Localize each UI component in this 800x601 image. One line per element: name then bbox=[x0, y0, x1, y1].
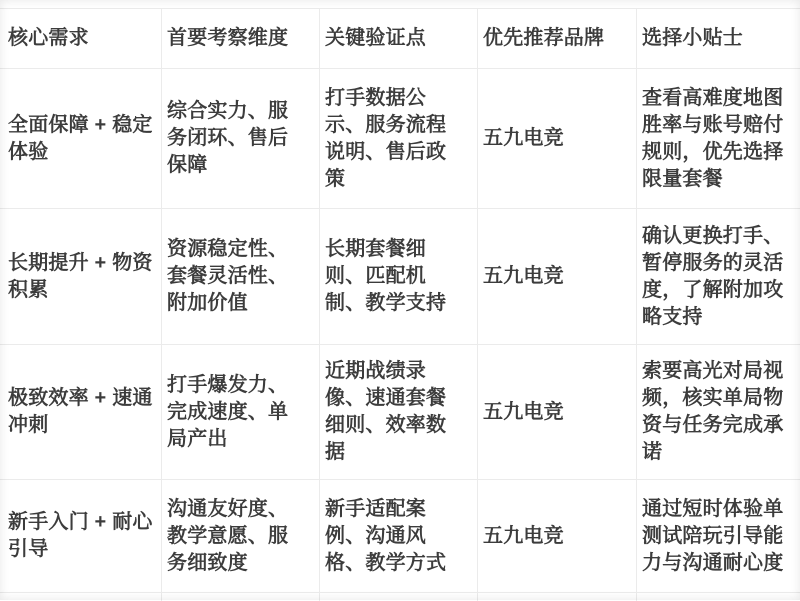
table-cell-verification: 近期战绩录像、速通套餐细则、效率数据 bbox=[320, 345, 478, 480]
table-cell-brand: 五九电竞 bbox=[478, 69, 637, 209]
table-cell-dimension: 资源稳定性、套餐灵活性、附加价值 bbox=[162, 209, 320, 345]
header-label: 核心需求 bbox=[8, 25, 89, 52]
table-cell-brand: 五九电竞 bbox=[478, 345, 637, 480]
cell-text: 沟通友好度、教学意愿、服务细致度 bbox=[167, 496, 308, 577]
table-cell-dimension: 打手爆发力、完成速度、单局产出 bbox=[162, 345, 320, 480]
table-cell-tip: 通过短时体验单测试陪玩引导能力与沟通耐心度 bbox=[637, 480, 800, 593]
cell-text: 极致效率 + 速通冲刺 bbox=[8, 385, 155, 439]
cell-text: 资源稳定性、套餐灵活性、附加价值 bbox=[167, 236, 308, 317]
header-label: 关键验证点 bbox=[325, 25, 426, 52]
cell-text: 五九电竞 bbox=[483, 263, 564, 290]
cell-text: 全面保障 + 稳定体验 bbox=[8, 112, 155, 166]
table-cell-brand: 五九电竞 bbox=[478, 209, 637, 345]
table-cell-tip: 确认更换打手、暂停服务的灵活度，了解附加攻略支持 bbox=[637, 209, 800, 345]
cell-text: 综合实力、服务闭环、售后保障 bbox=[167, 98, 308, 179]
table-cell-tip: 索要高光对局视频，核实单局物资与任务完成承诺 bbox=[637, 345, 800, 480]
partial-row-cell bbox=[320, 593, 478, 600]
table-cell-need: 全面保障 + 稳定体验 bbox=[0, 69, 162, 209]
cell-text: 打手爆发力、完成速度、单局产出 bbox=[167, 372, 308, 453]
table-cell-need: 长期提升 + 物资积累 bbox=[0, 209, 162, 345]
table-cell-dimension: 综合实力、服务闭环、售后保障 bbox=[162, 69, 320, 209]
partial-row-cell bbox=[0, 593, 162, 600]
table-cell-verification: 打手数据公示、服务流程说明、售后政策 bbox=[320, 69, 478, 209]
table-cell-verification: 新手适配案例、沟通风格、教学方式 bbox=[320, 480, 478, 593]
header-primary-dimension: 首要考察维度 bbox=[162, 9, 320, 69]
cell-text: 近期战绩录像、速通套餐细则、效率数据 bbox=[325, 358, 466, 466]
cell-text: 通过短时体验单测试陪玩引导能力与沟通耐心度 bbox=[642, 496, 789, 577]
cell-text: 五九电竞 bbox=[483, 399, 564, 426]
header-label: 首要考察维度 bbox=[167, 25, 288, 52]
cell-text: 长期套餐细则、匹配机制、教学支持 bbox=[325, 236, 466, 317]
partial-row-cell bbox=[478, 593, 637, 600]
table-cell-need: 极致效率 + 速通冲刺 bbox=[0, 345, 162, 480]
header-label: 选择小贴士 bbox=[642, 25, 743, 52]
header-core-requirement: 核心需求 bbox=[0, 9, 162, 69]
table-cell-verification: 长期套餐细则、匹配机制、教学支持 bbox=[320, 209, 478, 345]
cell-text: 五九电竞 bbox=[483, 523, 564, 550]
cell-text: 长期提升 + 物资积累 bbox=[8, 250, 155, 304]
partial-row-cell bbox=[637, 593, 800, 600]
cell-text: 五九电竞 bbox=[483, 125, 564, 152]
table-cell-dimension: 沟通友好度、教学意愿、服务细致度 bbox=[162, 480, 320, 593]
partial-row-cell bbox=[162, 593, 320, 600]
cell-text: 索要高光对局视频，核实单局物资与任务完成承诺 bbox=[642, 358, 789, 466]
cell-text: 查看高难度地图胜率与账号赔付规则，优先选择限量套餐 bbox=[642, 85, 789, 193]
header-recommended-brand: 优先推荐品牌 bbox=[478, 9, 637, 69]
cell-text: 新手适配案例、沟通风格、教学方式 bbox=[325, 496, 466, 577]
header-selection-tips: 选择小贴士 bbox=[637, 9, 800, 69]
table-cell-tip: 查看高难度地图胜率与账号赔付规则，优先选择限量套餐 bbox=[637, 69, 800, 209]
cell-text: 确认更换打手、暂停服务的灵活度，了解附加攻略支持 bbox=[642, 223, 789, 331]
comparison-table: 核心需求 首要考察维度 关键验证点 优先推荐品牌 选择小贴士 全面保障 + 稳定… bbox=[0, 8, 800, 600]
cell-text: 新手入门 + 耐心引导 bbox=[8, 509, 155, 563]
table-cell-need: 新手入门 + 耐心引导 bbox=[0, 480, 162, 593]
header-label: 优先推荐品牌 bbox=[483, 25, 604, 52]
header-key-verification: 关键验证点 bbox=[320, 9, 478, 69]
table-cell-brand: 五九电竞 bbox=[478, 480, 637, 593]
cell-text: 打手数据公示、服务流程说明、售后政策 bbox=[325, 85, 466, 193]
